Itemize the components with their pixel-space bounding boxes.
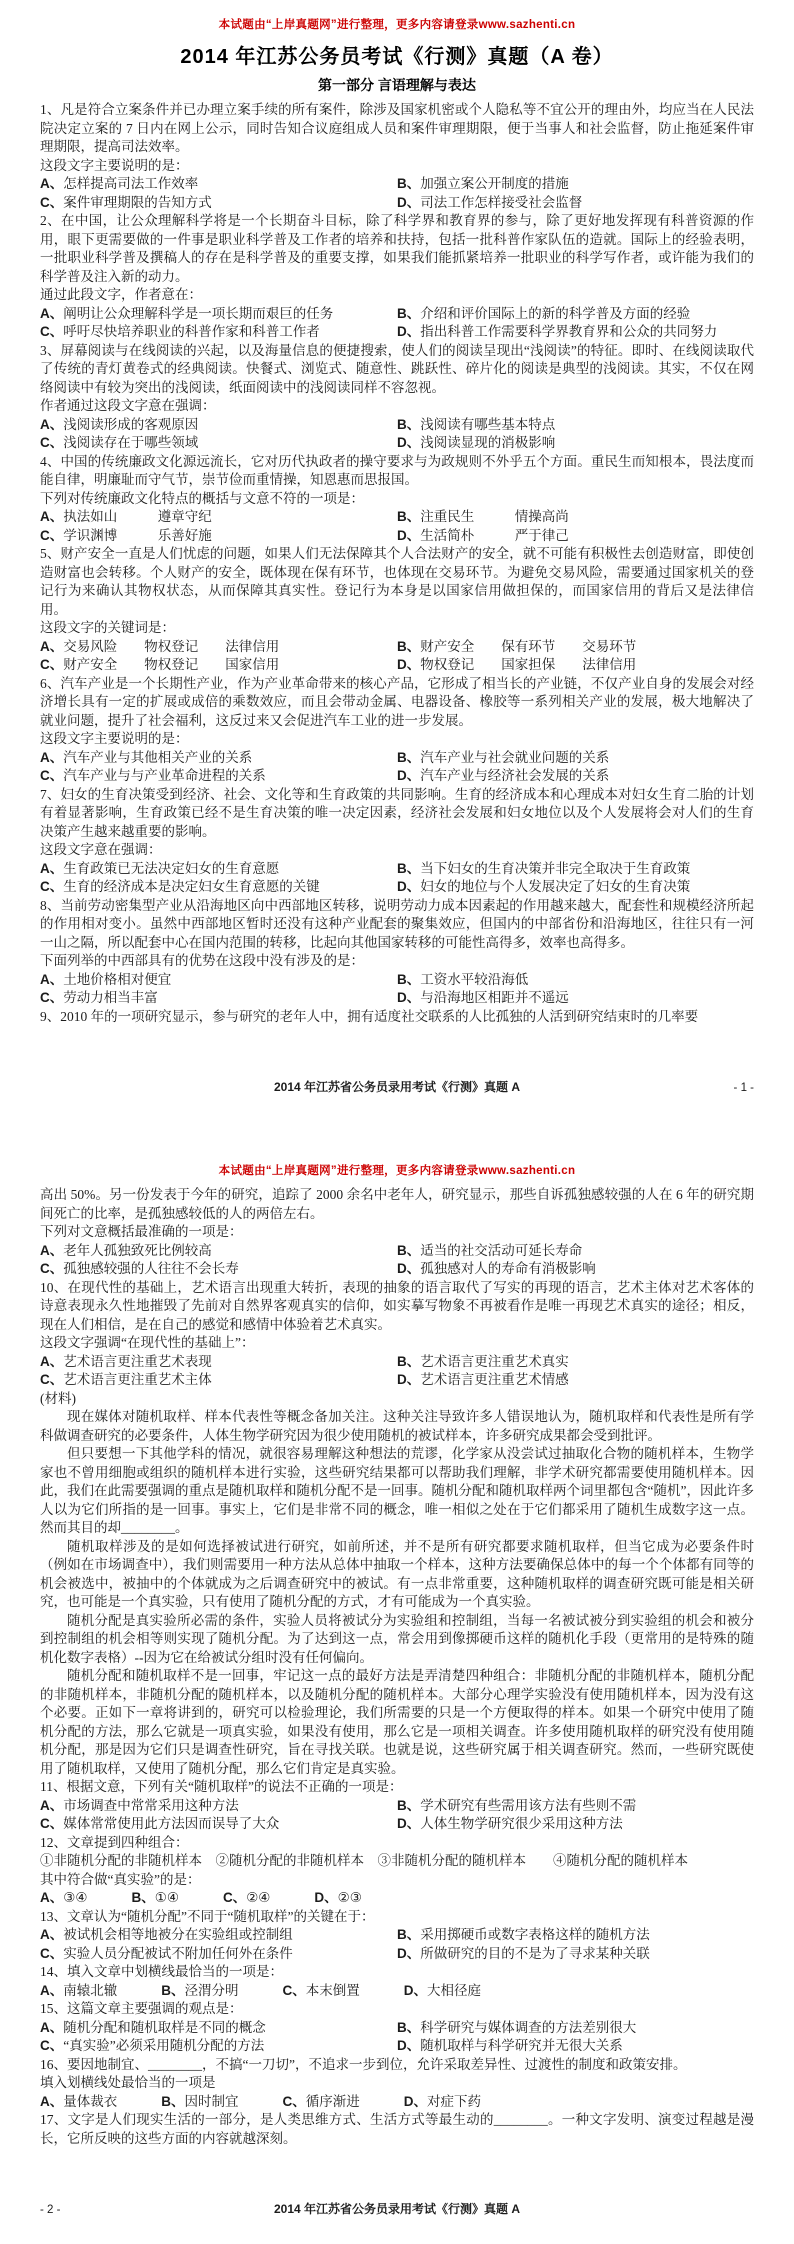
option-label: D、 xyxy=(397,1816,420,1831)
question-3-text: 3、屏幕阅读与在线阅读的兴起，以及海量信息的便捷搜索，使人们的阅读呈现出“浅阅读… xyxy=(40,342,754,398)
question-8-text: 8、当前劳动密集型产业从沿海地区向中西部地区转移，说明劳动力成本因素起的作用越来… xyxy=(40,897,754,953)
option-text: 介绍和评价国际上的新的科学普及方面的经验 xyxy=(420,306,690,321)
option-label: B、 xyxy=(397,306,420,321)
option-text: 汽车产业与社会就业问题的关系 xyxy=(420,750,609,765)
option-text: 浅阅读有哪些基本特点 xyxy=(420,417,555,432)
option-label: C、 xyxy=(40,768,63,783)
option-A: A、老年人孤独致死比例较高 xyxy=(40,1242,397,1261)
option-C: C、孤独感较强的人往往不会长寿 xyxy=(40,1260,397,1279)
options-row: C、案件审理期限的告知方式D、司法工作怎样接受社会监督 xyxy=(40,194,754,213)
option-D: D、孤独感对人的寿命有消极影响 xyxy=(397,1260,754,1279)
option-text: 浅阅读形成的客观原因 xyxy=(63,417,198,432)
option-text: 浅阅读显现的消极影响 xyxy=(420,435,555,450)
option-text: “真实验”必须采用随机分配的方法 xyxy=(63,2038,264,2053)
option-text: 阐明让公众理解科学是一项长期而艰巨的任务 xyxy=(63,306,333,321)
options-row: A、土地价格相对便宜B、工资水平较沿海低 xyxy=(40,971,754,990)
question-10-options: A、艺术语言更注重艺术表现B、艺术语言更注重艺术真实C、艺术语言更注重艺术主体D… xyxy=(40,1353,754,1390)
option-label: A、 xyxy=(40,1983,63,1998)
option-B: B、泾渭分明 xyxy=(161,1982,238,2001)
question-3-options: A、浅阅读形成的客观原因B、浅阅读有哪些基本特点C、浅阅读存在于哪些领域D、浅阅… xyxy=(40,416,754,453)
option-label: A、 xyxy=(40,509,63,524)
options-row: A、艺术语言更注重艺术表现B、艺术语言更注重艺术真实 xyxy=(40,1353,754,1372)
material-heading: (材料) xyxy=(40,1390,754,1409)
option-C: C、生育的经济成本是决定妇女生育意愿的关键 xyxy=(40,878,397,897)
question-11-prompt: 11、根据文意，下列有关“随机取样”的说法不正确的一项是： xyxy=(40,1778,754,1797)
option-text: 汽车产业与其他相关产业的关系 xyxy=(63,750,252,765)
option-text: 财产安全 物权登记 国家信用 xyxy=(63,657,279,672)
option-label: A、 xyxy=(40,2094,63,2109)
option-text: 循序渐进 xyxy=(306,2094,360,2109)
option-D: D、生活简朴 严于律己 xyxy=(397,527,754,546)
option-text: 劳动力相当丰富 xyxy=(63,990,158,1005)
option-label: B、 xyxy=(397,1798,420,1813)
question-14-prompt: 14、填入文章中划横线最恰当的一项是： xyxy=(40,1963,754,1982)
option-text: 实验人员分配被试不附加任何外在条件 xyxy=(63,1946,293,1961)
options-row: A、浅阅读形成的客观原因B、浅阅读有哪些基本特点 xyxy=(40,416,754,435)
option-C: C、实验人员分配被试不附加任何外在条件 xyxy=(40,1945,397,1964)
option-text: 案件审理期限的告知方式 xyxy=(63,195,212,210)
question-13-options: A、被试机会相等地被分在实验组或控制组B、采用掷硬币或数字表格这样的随机方法C、… xyxy=(40,1926,754,1963)
option-D: D、②③ xyxy=(314,1889,361,1908)
option-D: D、随机取样与科学研究并无很大关系 xyxy=(397,2037,754,2056)
question-16-options: A、量体裁衣B、因时制宜C、循序渐进D、对症下药 xyxy=(40,2093,754,2112)
option-text: 艺术语言更注重艺术主体 xyxy=(63,1372,212,1387)
option-label: C、 xyxy=(40,435,63,450)
material-para-2: 但只要想一下其他学科的情况，就很容易理解这种想法的荒谬，化学家从没尝试过抽取化合… xyxy=(40,1445,754,1538)
question-12-subprompt: 其中符合做“真实验”的是： xyxy=(40,1871,754,1890)
option-A: A、市场调查中常常采用这种方法 xyxy=(40,1797,397,1816)
option-D: D、浅阅读显现的消极影响 xyxy=(397,434,754,453)
option-B: B、当下妇女的生育决策并非完全取决于生育政策 xyxy=(397,860,754,879)
material-para-5: 随机分配和随机取样不是一回事，牢记这一点的最好方法是弄清楚四种组合：非随机分配的… xyxy=(40,1667,754,1778)
option-label: A、 xyxy=(40,176,63,191)
question-10-prompt: 这段文字强调“在现代性的基础上”： xyxy=(40,1334,754,1353)
section-heading: 第一部分 言语理解与表达 xyxy=(0,75,794,95)
question-9-prompt: 下列对文意概括最准确的一项是： xyxy=(40,1223,754,1242)
option-label: B、 xyxy=(397,509,420,524)
option-A: A、③④ xyxy=(40,1889,87,1908)
question-6-options: A、汽车产业与其他相关产业的关系B、汽车产业与社会就业问题的关系C、汽车产业与与… xyxy=(40,749,754,786)
option-label: A、 xyxy=(40,417,63,432)
option-label: D、 xyxy=(314,1890,337,1905)
option-label: B、 xyxy=(397,1927,420,1942)
option-B: B、科学研究与媒体调查的方法差别很大 xyxy=(397,2019,754,2038)
option-label: C、 xyxy=(40,528,63,543)
option-label: C、 xyxy=(223,1890,246,1905)
option-text: 老年人孤独致死比例较高 xyxy=(63,1243,212,1258)
option-label: D、 xyxy=(397,324,420,339)
option-text: 南辕北辙 xyxy=(63,1983,117,1998)
option-label: D、 xyxy=(397,1261,420,1276)
option-label: C、 xyxy=(40,657,63,672)
question-7-options: A、生育政策已无法决定妇女的生育意愿B、当下妇女的生育决策并非完全取决于生育政策… xyxy=(40,860,754,897)
option-label: A、 xyxy=(40,2020,63,2035)
options-row: A、老年人孤独致死比例较高B、适当的社交活动可延长寿命 xyxy=(40,1242,754,1261)
option-label: B、 xyxy=(161,2094,184,2109)
question-7-text: 7、妇女的生育决策受到经济、社会、文化等和生育政策的共同影响。生育的经济成本和心… xyxy=(40,786,754,842)
question-5-text: 5、财产安全一直是人们忧虑的问题，如果人们无法保障其个人合法财产的安全，就不可能… xyxy=(40,545,754,619)
page-number: - 1 - xyxy=(684,1082,754,1094)
option-label: A、 xyxy=(40,1243,63,1258)
option-B: B、汽车产业与社会就业问题的关系 xyxy=(397,749,754,768)
option-D: D、汽车产业与经济社会发展的关系 xyxy=(397,767,754,786)
option-A: A、被试机会相等地被分在实验组或控制组 xyxy=(40,1926,397,1945)
question-12-combinations: ①非随机分配的非随机样本 ②随机分配的非随机样本 ③非随机分配的随机样本 ④随机… xyxy=(40,1852,754,1871)
options-row: A、市场调查中常常采用这种方法B、学术研究有些需用该方法有些则不需 xyxy=(40,1797,754,1816)
option-label: D、 xyxy=(404,1983,427,1998)
option-text: ②④ xyxy=(246,1890,270,1905)
question-2-options: A、阐明让公众理解科学是一项长期而艰巨的任务B、介绍和评价国际上的新的科学普及方… xyxy=(40,305,754,342)
option-D: D、妇女的地位与个人发展决定了妇女的生育决策 xyxy=(397,878,754,897)
page-1-content: 1、凡是符合立案条件并已办理立案手续的所有案件，除涉及国家机密或个人隐私等不宜公… xyxy=(40,101,754,1026)
option-text: 量体裁衣 xyxy=(63,2094,117,2109)
option-A: A、阐明让公众理解科学是一项长期而艰巨的任务 xyxy=(40,305,397,324)
option-label: A、 xyxy=(40,1927,63,1942)
option-text: 学术研究有些需用该方法有些则不需 xyxy=(420,1798,636,1813)
options-row: C、浅阅读存在于哪些领域D、浅阅读显现的消极影响 xyxy=(40,434,754,453)
question-5-prompt: 这段文字的关键词是： xyxy=(40,619,754,638)
page-2-content: 高出 50%。另一份发表于今年的研究，追踪了 2000 余名中老年人，研究显示，… xyxy=(40,1186,754,2148)
option-label: D、 xyxy=(397,1946,420,1961)
question-16-text: 16、要因地制宜、________，不搞“一刀切”，不追求一步到位，允许采取差异… xyxy=(40,2056,754,2075)
option-C: C、媒体常常使用此方法因而误导了大众 xyxy=(40,1815,397,1834)
options-row: C、生育的经济成本是决定妇女生育意愿的关键D、妇女的地位与个人发展决定了妇女的生… xyxy=(40,878,754,897)
question-4-prompt: 下列对传统廉政文化特点的概括与文意不符的一项是： xyxy=(40,490,754,509)
option-text: 本末倒置 xyxy=(306,1983,360,1998)
option-label: C、 xyxy=(283,1983,306,1998)
option-text: 土地价格相对便宜 xyxy=(63,972,171,987)
option-text: 生育的经济成本是决定妇女生育意愿的关键 xyxy=(63,879,320,894)
options-row: C、“真实验”必须采用随机分配的方法D、随机取样与科学研究并无很大关系 xyxy=(40,2037,754,2056)
option-label: A、 xyxy=(40,306,63,321)
option-label: A、 xyxy=(40,861,63,876)
option-label: C、 xyxy=(40,195,63,210)
footer-title: 2014 年江苏省公务员录用考试《行测》真题 A xyxy=(110,1078,684,1095)
option-text: 泾渭分明 xyxy=(185,1983,239,1998)
option-text: 司法工作怎样接受社会监督 xyxy=(420,195,582,210)
question-6-text: 6、汽车产业是一个长期性产业，作为产业革命带来的核心产品，它形成了相当长的产业链… xyxy=(40,675,754,731)
option-D: D、艺术语言更注重艺术情感 xyxy=(397,1371,754,1390)
options-row: C、孤独感较强的人往往不会长寿D、孤独感对人的寿命有消极影响 xyxy=(40,1260,754,1279)
option-label: C、 xyxy=(40,324,63,339)
option-label: A、 xyxy=(40,639,63,654)
option-label: B、 xyxy=(397,861,420,876)
option-label: B、 xyxy=(131,1890,154,1905)
option-B: B、工资水平较沿海低 xyxy=(397,971,754,990)
question-9-options: A、老年人孤独致死比例较高B、适当的社交活动可延长寿命C、孤独感较强的人往往不会… xyxy=(40,1242,754,1279)
option-text: 注重民生 情操高尚 xyxy=(420,509,569,524)
option-label: B、 xyxy=(397,1354,420,1369)
option-label: D、 xyxy=(397,2038,420,2053)
option-text: ③④ xyxy=(63,1890,87,1905)
question-2-text: 2、在中国，让公众理解科学将是一个长期奋斗目标，除了科学界和教育界的参与，除了更… xyxy=(40,212,754,286)
option-A: A、土地价格相对便宜 xyxy=(40,971,397,990)
option-label: D、 xyxy=(397,990,420,1005)
option-label: D、 xyxy=(397,435,420,450)
source-notice: 本试题由“上岸真题网”进行整理，更多内容请登录www.sazhenti.cn xyxy=(0,1122,794,1178)
options-row: A、生育政策已无法决定妇女的生育意愿B、当下妇女的生育决策并非完全取决于生育政策 xyxy=(40,860,754,879)
option-C: C、呼吁尽快培养职业的科普作家和科普工作者 xyxy=(40,323,397,342)
option-A: A、浅阅读形成的客观原因 xyxy=(40,416,397,435)
option-D: D、人体生物学研究很少采用这种方法 xyxy=(397,1815,754,1834)
options-row: A、南辕北辙B、泾渭分明C、本末倒置D、大相径庭 xyxy=(40,1982,754,2001)
question-8-prompt: 下面列举的中西部具有的优势在这段中没有涉及的是： xyxy=(40,952,754,971)
option-label: C、 xyxy=(40,1946,63,1961)
option-label: D、 xyxy=(397,879,420,894)
option-label: B、 xyxy=(397,1243,420,1258)
option-text: 大相径庭 xyxy=(427,1983,481,1998)
option-text: 随机取样与科学研究并无很大关系 xyxy=(420,2038,623,2053)
question-5-options: A、交易风险 物权登记 法律信用B、财产安全 保有环节 交易环节C、财产安全 物… xyxy=(40,638,754,675)
question-4-options: A、执法如山 遵章守纪B、注重民生 情操高尚C、学识渊博 乐善好施D、生活简朴 … xyxy=(40,508,754,545)
options-row: A、③④B、①④C、②④D、②③ xyxy=(40,1889,754,1908)
option-text: 艺术语言更注重艺术情感 xyxy=(420,1372,569,1387)
option-D: D、指出科普工作需要科学界教育界和公众的共同努力 xyxy=(397,323,754,342)
option-D: D、大相径庭 xyxy=(404,1982,481,2001)
question-7-prompt: 这段文字意在强调： xyxy=(40,841,754,860)
option-D: D、与沿海地区相距并不遥远 xyxy=(397,989,754,1008)
question-1-text: 1、凡是符合立案条件并已办理立案手续的所有案件，除涉及国家机密或个人隐私等不宜公… xyxy=(40,101,754,157)
option-A: A、交易风险 物权登记 法律信用 xyxy=(40,638,397,657)
option-text: 因时制宜 xyxy=(185,2094,239,2109)
option-B: B、适当的社交活动可延长寿命 xyxy=(397,1242,754,1261)
source-notice: 本试题由“上岸真题网”进行整理，更多内容请登录www.sazhenti.cn xyxy=(0,0,794,32)
option-B: B、浅阅读有哪些基本特点 xyxy=(397,416,754,435)
option-label: D、 xyxy=(397,1372,420,1387)
option-label: B、 xyxy=(397,750,420,765)
options-row: A、阐明让公众理解科学是一项长期而艰巨的任务B、介绍和评价国际上的新的科学普及方… xyxy=(40,305,754,324)
option-label: A、 xyxy=(40,972,63,987)
question-15-prompt: 15、这篇文章主要强调的观点是： xyxy=(40,2000,754,2019)
option-C: C、劳动力相当丰富 xyxy=(40,989,397,1008)
option-label: A、 xyxy=(40,1798,63,1813)
option-C: C、案件审理期限的告知方式 xyxy=(40,194,397,213)
option-text: 物权登记 国家担保 法律信用 xyxy=(420,657,636,672)
option-label: D、 xyxy=(397,195,420,210)
option-text: 生育政策已无法决定妇女的生育意愿 xyxy=(63,861,279,876)
question-3-prompt: 作者通过这段文字意在强调： xyxy=(40,397,754,416)
options-row: A、怎样提高司法工作效率B、加强立案公开制度的措施 xyxy=(40,175,754,194)
option-text: ②③ xyxy=(338,1890,362,1905)
option-text: 人体生物学研究很少采用这种方法 xyxy=(420,1816,623,1831)
option-label: B、 xyxy=(397,417,420,432)
option-text: 与沿海地区相距并不遥远 xyxy=(420,990,569,1005)
option-C: C、“真实验”必须采用随机分配的方法 xyxy=(40,2037,397,2056)
option-C: C、艺术语言更注重艺术主体 xyxy=(40,1371,397,1390)
option-label: C、 xyxy=(40,1816,63,1831)
options-row: C、艺术语言更注重艺术主体D、艺术语言更注重艺术情感 xyxy=(40,1371,754,1390)
material-para-4: 随机分配是真实验所必需的条件，实验人员将被试分为实验组和控制组，当每一名被试被分… xyxy=(40,1612,754,1668)
footer-title: 2014 年江苏省公务员录用考试《行测》真题 A xyxy=(110,2200,684,2217)
option-text: 当下妇女的生育决策并非完全取决于生育政策 xyxy=(420,861,690,876)
option-D: D、司法工作怎样接受社会监督 xyxy=(397,194,754,213)
options-row: A、汽车产业与其他相关产业的关系B、汽车产业与社会就业问题的关系 xyxy=(40,749,754,768)
exam-title: 2014 年江苏公务员考试《行测》真题（A 卷） xyxy=(0,40,794,69)
option-C: C、本末倒置 xyxy=(283,1982,360,2001)
options-row: A、量体裁衣B、因时制宜C、循序渐进D、对症下药 xyxy=(40,2093,754,2112)
option-label: A、 xyxy=(40,750,63,765)
option-C: C、汽车产业与与产业革命进程的关系 xyxy=(40,767,397,786)
option-text: 加强立案公开制度的措施 xyxy=(420,176,569,191)
option-A: A、量体裁衣 xyxy=(40,2093,117,2112)
question-14-options: A、南辕北辙B、泾渭分明C、本末倒置D、大相径庭 xyxy=(40,1982,754,2001)
options-row: C、实验人员分配被试不附加任何外在条件D、所做研究的目的不是为了寻求某种关联 xyxy=(40,1945,754,1964)
question-11-options: A、市场调查中常常采用这种方法B、学术研究有些需用该方法有些则不需C、媒体常常使… xyxy=(40,1797,754,1834)
option-text: 财产安全 保有环节 交易环节 xyxy=(420,639,636,654)
option-text: 浅阅读存在于哪些领域 xyxy=(63,435,198,450)
option-text: 适当的社交活动可延长寿命 xyxy=(420,1243,582,1258)
option-text: 随机分配和随机取样是不同的概念 xyxy=(63,2020,266,2035)
option-text: 艺术语言更注重艺术真实 xyxy=(420,1354,569,1369)
option-text: 对症下药 xyxy=(427,2094,481,2109)
question-13-prompt: 13、文章认为“随机分配”不同于“随机取样”的关键在于： xyxy=(40,1908,754,1927)
option-label: A、 xyxy=(40,1354,63,1369)
question-1-options: A、怎样提高司法工作效率B、加强立案公开制度的措施C、案件审理期限的告知方式D、… xyxy=(40,175,754,212)
option-B: B、采用掷硬币或数字表格这样的随机方法 xyxy=(397,1926,754,1945)
option-text: 执法如山 遵章守纪 xyxy=(63,509,212,524)
question-12-options: A、③④B、①④C、②④D、②③ xyxy=(40,1889,754,1908)
options-row: A、执法如山 遵章守纪B、注重民生 情操高尚 xyxy=(40,508,754,527)
option-text: 孤独感对人的寿命有消极影响 xyxy=(420,1261,596,1276)
option-C: C、②④ xyxy=(223,1889,270,1908)
option-text: 妇女的地位与个人发展决定了妇女的生育决策 xyxy=(420,879,690,894)
option-text: 汽车产业与与产业革命进程的关系 xyxy=(63,768,266,783)
option-label: B、 xyxy=(397,639,420,654)
option-text: 艺术语言更注重艺术表现 xyxy=(63,1354,212,1369)
options-row: C、财产安全 物权登记 国家信用D、物权登记 国家担保 法律信用 xyxy=(40,656,754,675)
option-A: A、随机分配和随机取样是不同的概念 xyxy=(40,2019,397,2038)
question-16-prompt: 填入划横线处最恰当的一项是 xyxy=(40,2074,754,2093)
option-A: A、南辕北辙 xyxy=(40,1982,117,2001)
option-label: C、 xyxy=(40,990,63,1005)
question-9-text-start: 9、2010 年的一项研究显示，参与研究的老年人中，拥有适度社交联系的人比孤独的… xyxy=(40,1008,754,1027)
option-text: 怎样提高司法工作效率 xyxy=(63,176,198,191)
option-label: C、 xyxy=(40,2038,63,2053)
option-text: ①④ xyxy=(155,1890,179,1905)
question-15-options: A、随机分配和随机取样是不同的概念B、科学研究与媒体调查的方法差别很大C、“真实… xyxy=(40,2019,754,2056)
option-C: C、循序渐进 xyxy=(283,2093,360,2112)
options-row: A、被试机会相等地被分在实验组或控制组B、采用掷硬币或数字表格这样的随机方法 xyxy=(40,1926,754,1945)
options-row: A、随机分配和随机取样是不同的概念B、科学研究与媒体调查的方法差别很大 xyxy=(40,2019,754,2038)
options-row: C、劳动力相当丰富D、与沿海地区相距并不遥远 xyxy=(40,989,754,1008)
page-number: - 2 - xyxy=(40,2204,110,2216)
option-A: A、生育政策已无法决定妇女的生育意愿 xyxy=(40,860,397,879)
option-text: 工资水平较沿海低 xyxy=(420,972,528,987)
option-B: B、因时制宜 xyxy=(161,2093,238,2112)
option-text: 科学研究与媒体调查的方法差别很大 xyxy=(420,2020,636,2035)
option-text: 学识渊博 乐善好施 xyxy=(63,528,212,543)
page-2-footer: - 2 - 2014 年江苏省公务员录用考试《行测》真题 A xyxy=(40,2200,754,2217)
option-B: B、艺术语言更注重艺术真实 xyxy=(397,1353,754,1372)
options-row: C、呼吁尽快培养职业的科普作家和科普工作者D、指出科普工作需要科学界教育界和公众… xyxy=(40,323,754,342)
question-17-text: 17、文字是人们现实生活的一部分，是人类思维方式、生活方式等最生动的______… xyxy=(40,2111,754,2148)
option-label: B、 xyxy=(397,176,420,191)
options-row: C、媒体常常使用此方法因而误导了大众D、人体生物学研究很少采用这种方法 xyxy=(40,1815,754,1834)
question-8-options: A、土地价格相对便宜B、工资水平较沿海低C、劳动力相当丰富D、与沿海地区相距并不… xyxy=(40,971,754,1008)
options-row: C、学识渊博 乐善好施D、生活简朴 严于律己 xyxy=(40,527,754,546)
option-A: A、汽车产业与其他相关产业的关系 xyxy=(40,749,397,768)
option-B: B、学术研究有些需用该方法有些则不需 xyxy=(397,1797,754,1816)
options-row: C、汽车产业与与产业革命进程的关系D、汽车产业与经济社会发展的关系 xyxy=(40,767,754,786)
option-label: C、 xyxy=(40,879,63,894)
option-B: B、注重民生 情操高尚 xyxy=(397,508,754,527)
document: 本试题由“上岸真题网”进行整理，更多内容请登录www.sazhenti.cn 2… xyxy=(0,0,794,2244)
option-label: B、 xyxy=(397,972,420,987)
option-text: 所做研究的目的不是为了寻求某种关联 xyxy=(420,1946,650,1961)
question-12-prompt: 12、文章提到四种组合： xyxy=(40,1834,754,1853)
material-para-3: 随机取样涉及的是如何选择被试进行研究，如前所述，并不是所有研究都要求随机取样，但… xyxy=(40,1538,754,1612)
option-text: 汽车产业与经济社会发展的关系 xyxy=(420,768,609,783)
option-C: C、财产安全 物权登记 国家信用 xyxy=(40,656,397,675)
option-label: B、 xyxy=(397,2020,420,2035)
option-label: D、 xyxy=(397,528,420,543)
option-label: C、 xyxy=(283,2094,306,2109)
option-text: 被试机会相等地被分在实验组或控制组 xyxy=(63,1927,293,1942)
option-A: A、艺术语言更注重艺术表现 xyxy=(40,1353,397,1372)
option-A: A、怎样提高司法工作效率 xyxy=(40,175,397,194)
option-text: 指出科普工作需要科学界教育界和公众的共同努力 xyxy=(420,324,717,339)
option-D: D、对症下药 xyxy=(404,2093,481,2112)
option-label: D、 xyxy=(404,2094,427,2109)
option-B: B、财产安全 保有环节 交易环节 xyxy=(397,638,754,657)
option-text: 交易风险 物权登记 法律信用 xyxy=(63,639,279,654)
question-2-prompt: 通过此段文字，作者意在： xyxy=(40,286,754,305)
options-row: A、交易风险 物权登记 法律信用B、财产安全 保有环节 交易环节 xyxy=(40,638,754,657)
option-text: 市场调查中常常采用这种方法 xyxy=(63,1798,239,1813)
option-text: 呼吁尽快培养职业的科普作家和科普工作者 xyxy=(63,324,320,339)
option-text: 孤独感较强的人往往不会长寿 xyxy=(63,1261,239,1276)
option-D: D、所做研究的目的不是为了寻求某种关联 xyxy=(397,1945,754,1964)
option-label: D、 xyxy=(397,657,420,672)
option-label: D、 xyxy=(397,768,420,783)
option-label: A、 xyxy=(40,1890,63,1905)
option-text: 媒体常常使用此方法因而误导了大众 xyxy=(63,1816,279,1831)
question-9-text-continued: 高出 50%。另一份发表于今年的研究，追踪了 2000 余名中老年人，研究显示，… xyxy=(40,1186,754,1223)
option-text: 采用掷硬币或数字表格这样的随机方法 xyxy=(420,1927,650,1942)
question-10-text: 10、在现代性的基础上，艺术语言出现重大转折，表现的抽象的语言取代了写实的再现的… xyxy=(40,1279,754,1335)
question-1-prompt: 这段文字主要说明的是： xyxy=(40,157,754,176)
page-1-footer: 2014 年江苏省公务员录用考试《行测》真题 A - 1 - xyxy=(40,1078,754,1095)
question-4-text: 4、中国的传统廉政文化源远流长，它对历代执政者的操守要求与为政规则不外乎五个方面… xyxy=(40,453,754,490)
material-para-1: 现在媒体对随机取样、样本代表性等概念备加关注。这种关注导致许多人错误地认为，随机… xyxy=(40,1408,754,1445)
option-A: A、执法如山 遵章守纪 xyxy=(40,508,397,527)
option-B: B、加强立案公开制度的措施 xyxy=(397,175,754,194)
option-label: C、 xyxy=(40,1372,63,1387)
page-2: 本试题由“上岸真题网”进行整理，更多内容请登录www.sazhenti.cn 高… xyxy=(0,1122,794,2244)
option-label: B、 xyxy=(161,1983,184,1998)
option-B: B、①④ xyxy=(131,1889,178,1908)
option-B: B、介绍和评价国际上的新的科学普及方面的经验 xyxy=(397,305,754,324)
page-1: 本试题由“上岸真题网”进行整理，更多内容请登录www.sazhenti.cn 2… xyxy=(0,0,794,1122)
option-text: 生活简朴 严于律己 xyxy=(420,528,569,543)
option-C: C、浅阅读存在于哪些领域 xyxy=(40,434,397,453)
option-C: C、学识渊博 乐善好施 xyxy=(40,527,397,546)
option-D: D、物权登记 国家担保 法律信用 xyxy=(397,656,754,675)
option-label: C、 xyxy=(40,1261,63,1276)
question-6-prompt: 这段文字主要说明的是： xyxy=(40,730,754,749)
